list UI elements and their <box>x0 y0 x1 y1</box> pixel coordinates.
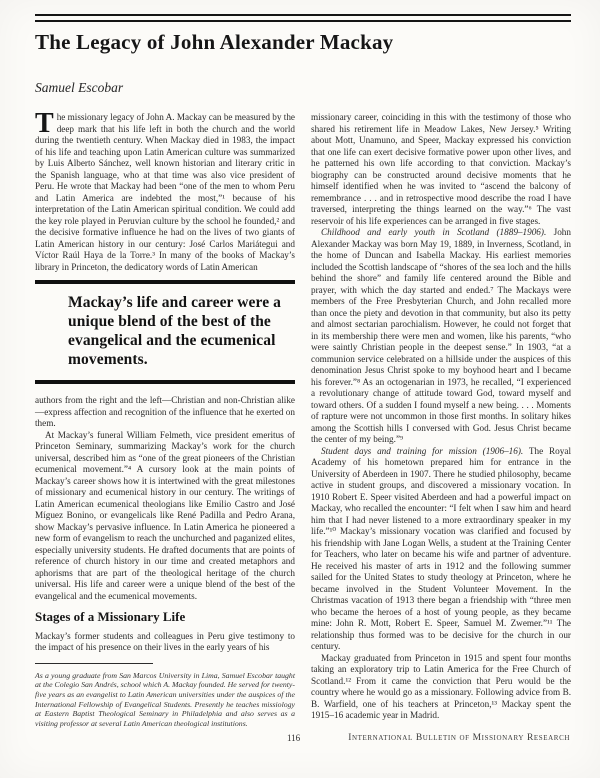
footnote-separator-rule <box>35 663 153 664</box>
paragraph-funeral: At Mackay’s funeral William Felmeth, vic… <box>35 430 295 603</box>
section-heading: Stages of a Missionary Life <box>35 611 295 623</box>
pull-quote-text: Mackay’s life and career were a unique b… <box>68 293 293 369</box>
journal-article-page: The Legacy of John Alexander Mackay Samu… <box>0 0 600 778</box>
stage-lead-student-days: Student days and training for mission (1… <box>321 446 523 456</box>
page-footer: 116 International Bulletin of Missionary… <box>0 733 600 749</box>
paragraph-authors: authors from the right and the left—Chri… <box>35 395 295 430</box>
stage-lead-childhood: Childhood and early youth in Scotland (1… <box>321 227 546 237</box>
article-title: The Legacy of John Alexander Mackay <box>35 30 393 55</box>
top-double-rule <box>35 14 571 22</box>
paragraph-childhood-text: John Alexander Mackay was born May 19, 1… <box>311 227 571 444</box>
page-number: 116 <box>287 733 300 743</box>
journal-name: International Bulletin of Missionary Res… <box>348 733 570 743</box>
intro-paragraph-text: he missionary legacy of John A. Mackay c… <box>35 112 295 272</box>
paragraph-student-days: Student days and training for mission (1… <box>311 446 571 653</box>
dropcap-letter: T <box>35 112 57 134</box>
paragraph-student-days-text: The Royal Academy of his hometown prepar… <box>311 446 571 652</box>
author-bio-footnote: As a young graduate from San Marcos Univ… <box>35 671 295 729</box>
column-left: The missionary legacy of John A. Mackay … <box>35 112 295 729</box>
paragraph-students: Mackay’s former students and colleagues … <box>35 631 295 654</box>
pull-quote-box: Mackay’s life and career were a unique b… <box>35 280 295 384</box>
article-body: The missionary legacy of John A. Mackay … <box>35 112 571 729</box>
column-right: missionary career, coinciding in this wi… <box>311 112 571 729</box>
intro-paragraph: The missionary legacy of John A. Mackay … <box>35 112 295 273</box>
byline-author: Samuel Escobar <box>35 80 123 96</box>
paragraph-childhood: Childhood and early youth in Scotland (1… <box>311 227 571 446</box>
paragraph-graduation: Mackay graduated from Princeton in 1915 … <box>311 653 571 722</box>
paragraph-missionary-career: missionary career, coinciding in this wi… <box>311 112 571 227</box>
